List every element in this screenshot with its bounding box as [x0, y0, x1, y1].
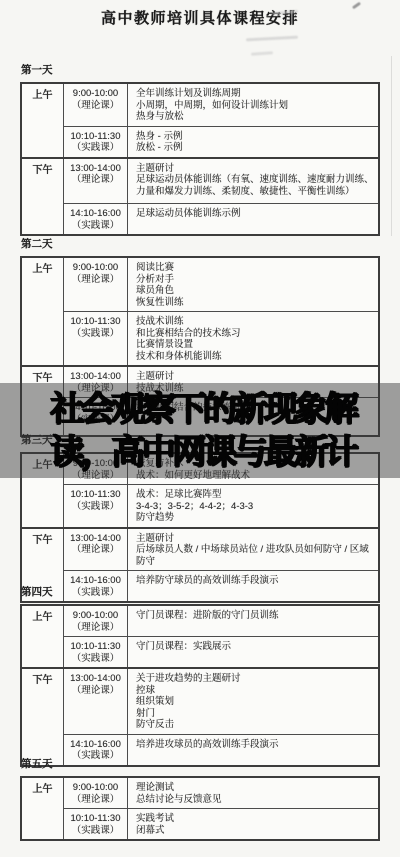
session-cell: 下午 — [21, 158, 64, 236]
session-label: 下午 — [33, 535, 53, 546]
content-line: 放松 - 示例 — [136, 142, 374, 154]
watermark-overlay: 社会观察下的新现象解 读，高中网课与最新计 — [0, 383, 400, 478]
time-cell: 13:00-14:00 （理论课） — [64, 158, 128, 204]
content-line: 3-4-3；3-5-2；4-4-2；4-3-3 — [136, 501, 374, 513]
session-label: 下午 — [33, 165, 53, 176]
class-type: （理论课） — [68, 685, 123, 697]
content-cell: 守门员课程：实践展示 — [128, 637, 380, 669]
time-range: 9:00-10:00 — [68, 782, 123, 794]
watermark-text-line2: 读，高中网课与最新计 — [0, 431, 400, 474]
content-cell: 关于进攻趋势的主题研讨 控球 组织策划 射门 防守反击 — [128, 668, 380, 734]
day5-label: 第五天 — [21, 756, 380, 771]
content-line: 小周期，中周期，如何设计训练计划 — [136, 100, 374, 112]
time-range: 13:00-14:00 — [68, 163, 123, 175]
day4-schedule-table: 上午 9:00-10:00 （理论课） 守门员课程：进阶版的守门员训练 10:1… — [20, 604, 380, 767]
content-line: 热身 - 示例 — [136, 131, 374, 143]
class-type: （理论课） — [68, 274, 123, 286]
time-cell: 10:10-11:30 （实践课） — [64, 637, 128, 669]
content-line: 足球运动员体能训练示例 — [136, 208, 374, 220]
content-cell: 热身 - 示例 放松 - 示例 — [128, 126, 380, 158]
content-line: 技术和身体机能训练 — [136, 351, 374, 363]
time-cell: 10:10-11:30 （实践课） — [64, 312, 128, 367]
content-line: 分析对手 — [136, 274, 374, 286]
day5-schedule-table: 上午 9:00-10:00 （理论课） 理论测试 总结讨论与反馈意见 10:10… — [20, 776, 380, 841]
time-range: 9:00-10:00 — [68, 262, 123, 274]
time-cell: 9:00-10:00 （理论课） — [64, 605, 128, 637]
time-cell: 10:10-11:30 （实践课） — [64, 126, 128, 158]
time-range: 13:00-14:00 — [68, 673, 123, 685]
content-line: 关于进攻趋势的主题研讨 — [136, 673, 374, 685]
time-cell: 10:10-11:30 （实践课） — [64, 485, 128, 528]
time-range: 14:10-16:00 — [68, 739, 123, 751]
time-range: 10:10-11:30 — [68, 316, 123, 328]
content-line: 实践考试 — [136, 813, 374, 825]
time-range: 10:10-11:30 — [68, 641, 123, 653]
day2-label: 第二天 — [21, 236, 380, 251]
pencil-smudge — [251, 51, 273, 56]
content-cell: 战术：足球比赛阵型 3-4-3；3-5-2；4-4-2；4-3-3 防守趋势 — [128, 485, 380, 528]
content-cell: 足球运动员体能训练示例 — [128, 204, 380, 236]
class-type: （理论课） — [68, 174, 123, 186]
content-line: 守门员课程：实践展示 — [136, 641, 374, 653]
content-line: 足球运动员体能训练（有氧、速度训练、速度耐力训练、力量和爆发力训练、柔韧度、敏捷… — [136, 174, 374, 197]
time-range: 10:10-11:30 — [68, 813, 123, 825]
day4-label: 第四天 — [21, 584, 380, 599]
class-type: （实践课） — [68, 328, 123, 340]
page-title: 高中教师培训具体课程安排 — [0, 7, 400, 28]
session-cell: 上午 — [21, 777, 64, 840]
time-cell: 13:00-14:00 （理论课） — [64, 528, 128, 571]
session-label: 上午 — [33, 612, 53, 623]
content-line: 比赛情景设置 — [136, 339, 374, 351]
time-cell: 9:00-10:00 （理论课） — [64, 257, 128, 312]
content-line: 热身与放松 — [136, 111, 374, 123]
class-type: （理论课） — [68, 100, 123, 112]
day1-label: 第一天 — [21, 62, 380, 77]
class-type: （实践课） — [68, 220, 123, 232]
time-cell: 10:10-11:30 （实践课） — [64, 809, 128, 841]
time-range: 10:10-11:30 — [68, 489, 123, 501]
content-cell: 全年训练计划及训练周期 小周期，中周期，如何设计训练计划 热身与放松 — [128, 83, 380, 126]
watermark-text-line1: 社会观察下的新现象解 — [0, 388, 400, 431]
session-label: 上午 — [33, 784, 53, 795]
class-type: （实践课） — [68, 653, 123, 665]
content-line: 组织策划 — [136, 696, 374, 708]
page-edge-line — [391, 56, 392, 236]
session-label: 上午 — [33, 264, 53, 275]
day4-section: 第四天 上午 9:00-10:00 （理论课） 守门员课程：进阶版的守门员训练 … — [20, 584, 380, 767]
class-type: （实践课） — [68, 142, 123, 154]
content-line: 防守趋势 — [136, 512, 374, 524]
time-cell: 9:00-10:00 （理论课） — [64, 83, 128, 126]
time-range: 13:00-14:00 — [68, 371, 123, 383]
session-cell: 上午 — [21, 605, 64, 668]
content-line: 主题研讨 — [136, 371, 374, 383]
class-type: （实践课） — [68, 501, 123, 513]
content-line: 主题研讨 — [136, 163, 374, 175]
time-range: 9:00-10:00 — [68, 88, 123, 100]
session-cell: 上午 — [21, 257, 64, 366]
time-range: 9:00-10:00 — [68, 610, 123, 622]
content-cell: 理论测试 总结讨论与反馈意见 — [128, 777, 380, 809]
content-cell: 主题研讨 足球运动员体能训练（有氧、速度训练、速度耐力训练、力量和爆发力训练、柔… — [128, 158, 380, 204]
content-line: 恢复性训练 — [136, 297, 374, 309]
session-label: 下午 — [33, 675, 53, 686]
content-line: 闭幕式 — [136, 825, 374, 837]
session-cell: 上午 — [21, 83, 64, 158]
class-type: （实践课） — [68, 825, 123, 837]
class-type: （理论课） — [68, 544, 123, 556]
content-line: 全年训练计划及训练周期 — [136, 88, 374, 100]
content-cell: 技战术训练 和比赛相结合的技术练习 比赛情景设置 技术和身体机能训练 — [128, 312, 380, 367]
content-line: 阅读比赛 — [136, 262, 374, 274]
content-cell: 守门员课程：进阶版的守门员训练 — [128, 605, 380, 637]
content-line: 主题研讨 — [136, 533, 374, 545]
content-line: 总结讨论与反馈意见 — [136, 794, 374, 806]
content-line: 理论测试 — [136, 782, 374, 794]
session-label: 上午 — [33, 90, 53, 101]
time-cell: 14:10-16:00 （实践课） — [64, 204, 128, 236]
content-line: 培养进攻球员的高效训练手段演示 — [136, 739, 374, 751]
time-range: 14:10-16:00 — [68, 208, 123, 220]
content-line: 控球 — [136, 685, 374, 697]
content-line: 技战术训练 — [136, 316, 374, 328]
session-cell: 下午 — [21, 668, 64, 766]
content-cell: 实践考试 闭幕式 — [128, 809, 380, 841]
class-type: （理论课） — [68, 794, 123, 806]
time-cell: 9:00-10:00 （理论课） — [64, 777, 128, 809]
content-line: 战术：足球比赛阵型 — [136, 489, 374, 501]
pencil-smudge — [246, 36, 298, 42]
content-line: 射门 — [136, 708, 374, 720]
content-line: 守门员课程：进阶版的守门员训练 — [136, 610, 374, 622]
day5-section: 第五天 上午 9:00-10:00 （理论课） 理论测试 总结讨论与反馈意见 1… — [20, 756, 380, 841]
class-type: （理论课） — [68, 622, 123, 634]
day1-section: 第一天 上午 9:00-10:00 （理论课） 全年训练计划及训练周期 小周期，… — [20, 62, 380, 236]
time-cell: 13:00-14:00 （理论课） — [64, 668, 128, 734]
content-cell: 阅读比赛 分析对手 球员角色 恢复性训练 — [128, 257, 380, 312]
time-range: 13:00-14:00 — [68, 533, 123, 545]
content-line: 球员角色 — [136, 285, 374, 297]
time-range: 10:10-11:30 — [68, 131, 123, 143]
content-line: 和比赛相结合的技术练习 — [136, 328, 374, 340]
content-line: 后场球员人数 / 中场球员站位 / 进攻队员如何防守 / 区域防守 — [136, 544, 374, 567]
content-cell: 主题研讨 后场球员人数 / 中场球员站位 / 进攻队员如何防守 / 区域防守 — [128, 528, 380, 571]
day1-schedule-table: 上午 9:00-10:00 （理论课） 全年训练计划及训练周期 小周期，中周期，… — [20, 82, 380, 236]
content-line: 防守反击 — [136, 719, 374, 731]
